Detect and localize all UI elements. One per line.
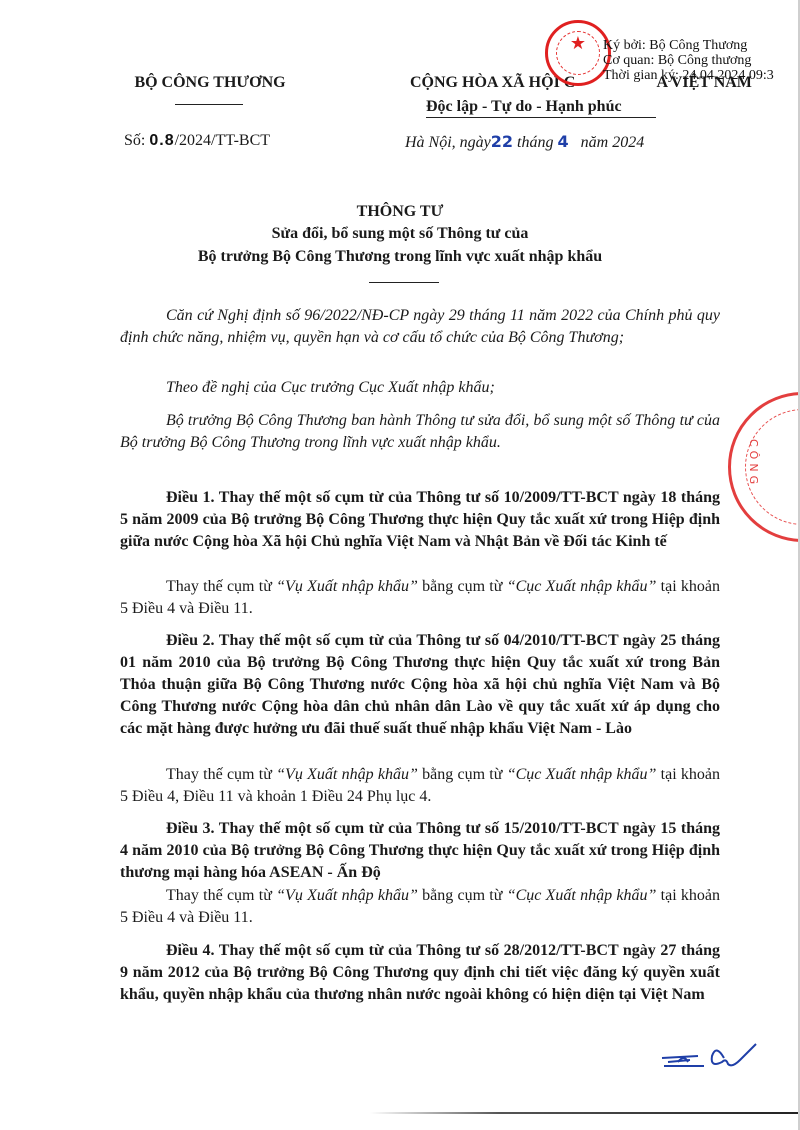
title-line-2: Bộ trưởng Bộ Công Thương trong lĩnh vực … — [0, 248, 800, 266]
number-suffix: /2024/TT-BCT — [175, 132, 270, 149]
motto: Độc lập - Tự do - Hạnh phúc — [426, 98, 622, 116]
title-line-1: Sửa đổi, bổ sung một số Thông tư của — [0, 225, 800, 243]
number-prefix: Số: — [124, 132, 145, 149]
day-handwritten: 22 — [491, 132, 513, 151]
initials-signature-icon — [660, 1036, 780, 1081]
article-2-body: Thay thế cụm từ “Vụ Xuất nhập khẩu” bằng… — [120, 764, 720, 808]
side-seal-icon: CÔNG — [728, 392, 800, 542]
ministry-name: BỘ CÔNG THƯƠNG — [120, 74, 300, 92]
preamble-proposal: Theo đề nghị của Cục trưởng Cục Xuất nhậ… — [120, 377, 720, 399]
month-handwritten: 4 — [558, 132, 569, 151]
preamble-basis: Căn cứ Nghị định số 96/2022/NĐ-CP ngày 2… — [120, 305, 720, 349]
article-2-heading: Điều 2. Thay thế một số cụm từ của Thông… — [120, 630, 720, 740]
signing-agency: Cơ quan: Bộ Công thương — [603, 53, 774, 68]
article-4-heading: Điều 4. Thay thế một số cụm từ của Thông… — [120, 940, 720, 1006]
preamble-issuance: Bộ trưởng Bộ Công Thương ban hành Thông … — [120, 410, 720, 454]
motto-underline — [426, 117, 656, 118]
signing-time: Thời gian ký: 24.04.2024 09:3 — [603, 68, 774, 83]
article-3-heading: Điều 3. Thay thế một số cụm từ của Thông… — [120, 818, 720, 884]
place-prefix: Hà Nội, ngày — [405, 134, 491, 151]
document-type: THÔNG TƯ — [0, 203, 800, 221]
month-label: tháng — [517, 134, 553, 151]
republic-name-text: CỘNG HÒA XÃ HỘI C — [410, 74, 575, 91]
seal-stamp-icon: ★ — [545, 20, 611, 86]
place-date: Hà Nội, ngày22 tháng 4 năm 2024 — [405, 132, 644, 152]
article-1-body: Thay thế cụm từ “Vụ Xuất nhập khẩu” bằng… — [120, 576, 720, 620]
signed-by: Ký bởi: Bộ Công Thương — [603, 38, 774, 53]
title-underline — [369, 282, 439, 283]
page-edge-line — [370, 1112, 800, 1114]
article-1-heading: Điều 1. Thay thế một số cụm từ của Thông… — [120, 487, 720, 553]
ministry-underline — [175, 104, 243, 105]
document-number: Số: 0.8/2024/TT-BCT — [124, 132, 270, 150]
article-3-body: Thay thế cụm từ “Vụ Xuất nhập khẩu” bằng… — [120, 885, 720, 929]
number-handwritten: 0.8 — [149, 132, 174, 149]
digital-signature: Ký bởi: Bộ Công Thương Cơ quan: Bộ Công … — [603, 38, 774, 83]
year-label: năm 2024 — [581, 134, 645, 151]
